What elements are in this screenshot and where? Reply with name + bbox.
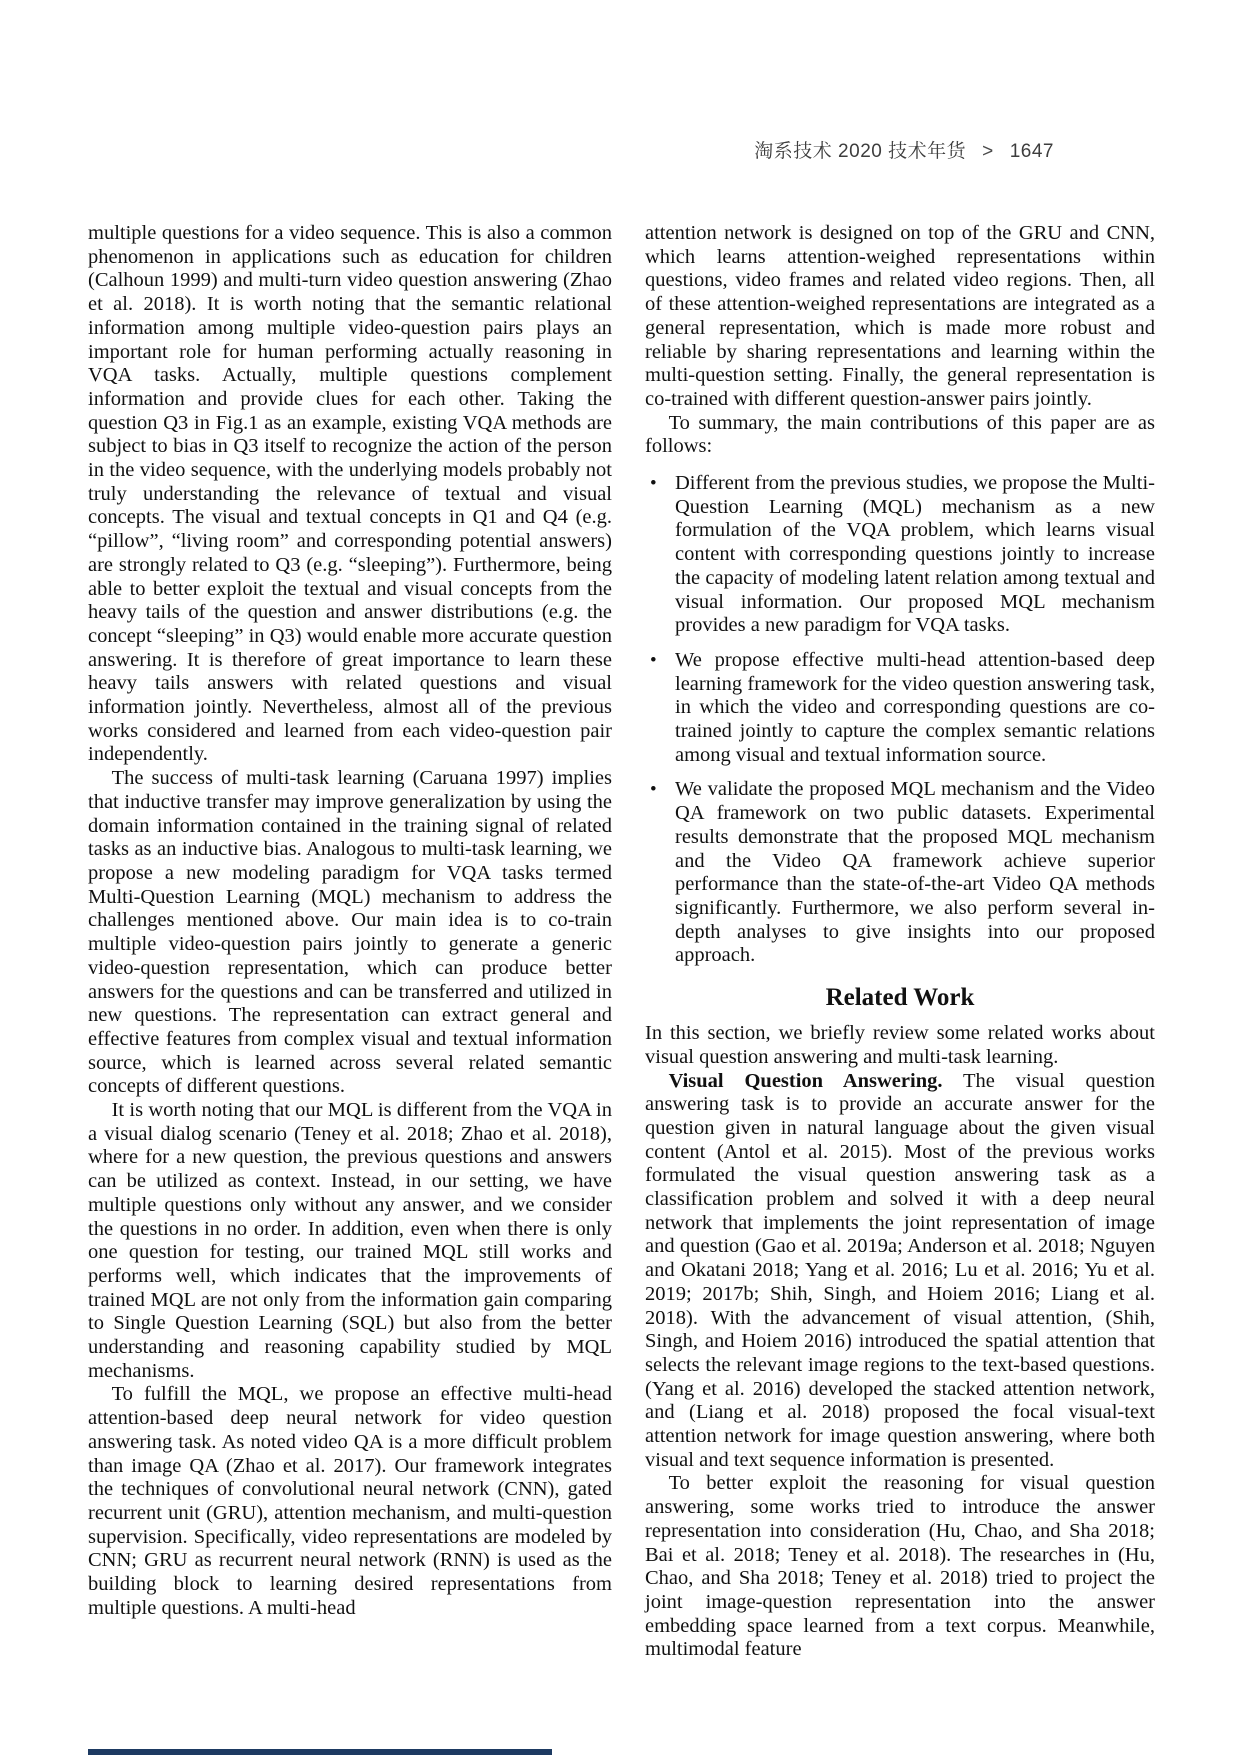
paragraph: attention network is designed on top of … [645,222,1155,412]
contributions-list: • Different from the previous studies, w… [645,472,1155,968]
list-item: • We propose effective multi-head attent… [645,649,1155,768]
right-column: attention network is designed on top of … [645,222,1155,1662]
page-header: 淘系技术 2020 技术年货>1647 [754,136,1054,163]
bullet-icon: • [645,472,675,638]
paragraph: To summary, the main contributions of th… [645,412,1155,459]
bullet-icon: • [645,649,675,768]
left-column: multiple questions for a video sequence.… [88,222,612,1662]
paragraph: Visual Question Answering. The visual qu… [645,1070,1155,1473]
bullet-icon: • [645,778,675,968]
paragraph-text: The visual question answering task is to… [645,1070,1155,1471]
contribution-text: Different from the previous studies, we … [675,472,1155,638]
list-item: • We validate the proposed MQL mechanism… [645,778,1155,968]
contribution-text: We propose effective multi-head attentio… [675,649,1155,768]
contribution-text: We validate the proposed MQL mechanism a… [675,778,1155,968]
footer-accent-bar [88,1749,552,1755]
book-title: 淘系技术 2020 技术年货 [754,141,966,162]
paragraph: multiple questions for a video sequence.… [88,222,612,767]
section-heading-related-work: Related Work [645,983,1155,1013]
paragraph: In this section, we briefly review some … [645,1022,1155,1069]
two-column-body: multiple questions for a video sequence.… [88,222,1155,1662]
page-number: 1647 [1010,141,1054,162]
subsection-lead-visual-question-answering: Visual Question Answering. [669,1070,943,1092]
paragraph: The success of multi-task learning (Caru… [88,767,612,1099]
breadcrumb-separator: > [982,141,994,162]
paragraph: It is worth noting that our MQL is diffe… [88,1099,612,1383]
paragraph: To fulfill the MQL, we propose an effect… [88,1383,612,1620]
paragraph: To better exploit the reasoning for visu… [645,1472,1155,1662]
list-item: • Different from the previous studies, w… [645,472,1155,638]
